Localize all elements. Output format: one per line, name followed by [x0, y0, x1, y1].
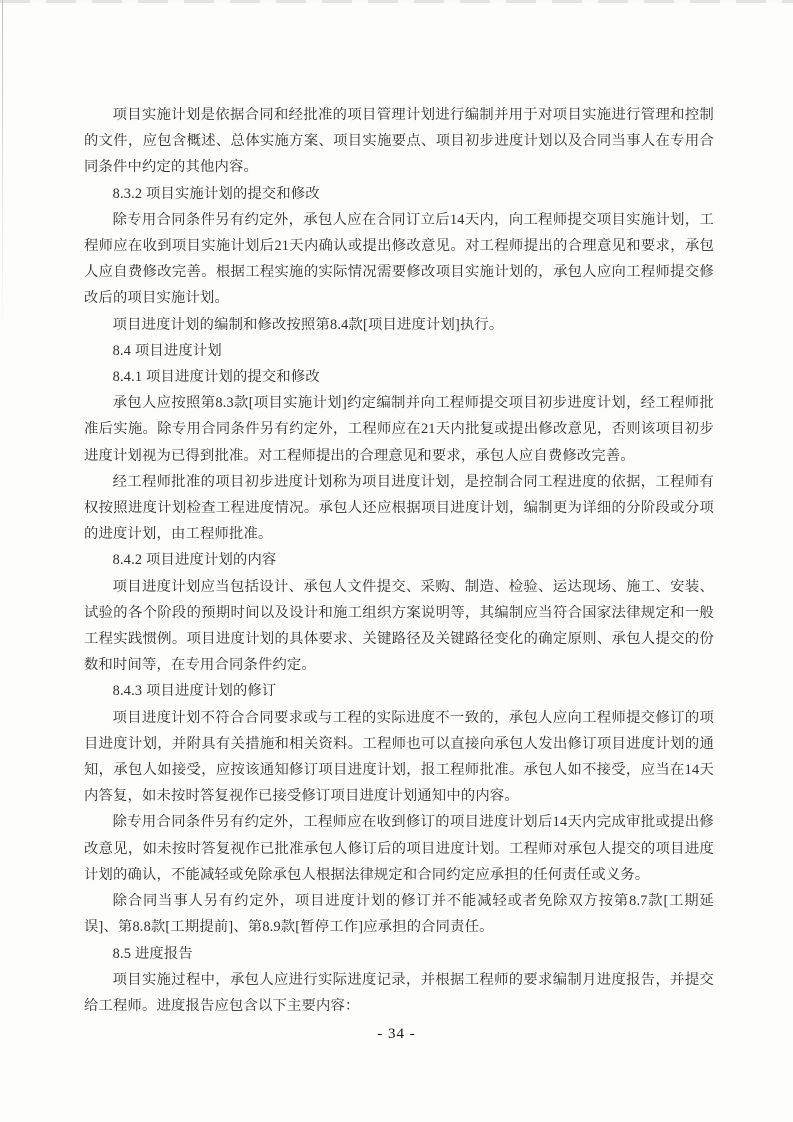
paragraph: 项目实施计划是依据合同和经批准的项目管理计划进行编制并用于对项目实施进行管理和控…: [84, 102, 714, 181]
section-heading: 8.4.1 项目进度计划的提交和修改: [84, 364, 714, 390]
scan-artifact-left-edge: [2, 0, 3, 330]
page-number: - 34 -: [0, 1026, 793, 1043]
paragraph: 承包人应按照第8.3款[项目实施计划]约定编制并向工程师提交项目初步进度计划，经…: [84, 390, 714, 469]
paragraph: 除专用合同条件另有约定外，工程师应在收到修订的项目进度计划后14天内完成审批或提…: [84, 809, 714, 888]
scanned-document-page: 项目实施计划是依据合同和经批准的项目管理计划进行编制并用于对项目实施进行管理和控…: [0, 0, 793, 1122]
paragraph: 项目进度计划的编制和修改按照第8.4款[项目进度计划]执行。: [84, 312, 714, 338]
section-heading: 8.5 进度报告: [84, 941, 714, 967]
document-body: 项目实施计划是依据合同和经批准的项目管理计划进行编制并用于对项目实施进行管理和控…: [84, 102, 714, 1019]
scan-artifact-top-edge: [0, 0, 793, 3]
section-heading: 8.4 项目进度计划: [84, 338, 714, 364]
section-heading: 8.3.2 项目实施计划的提交和修改: [84, 181, 714, 207]
paragraph: 除专用合同条件另有约定外，承包人应在合同订立后14天内，向工程师提交项目实施计划…: [84, 207, 714, 312]
paragraph: 项目进度计划不符合合同要求或与工程的实际进度不一致的，承包人应向工程师提交修订的…: [84, 705, 714, 810]
paragraph: 经工程师批准的项目初步进度计划称为项目进度计划，是控制合同工程进度的依据，工程师…: [84, 469, 714, 548]
paragraph: 项目进度计划应当包括设计、承包人文件提交、采购、制造、检验、运达现场、施工、安装…: [84, 574, 714, 679]
paragraph: 除合同当事人另有约定外，项目进度计划的修订并不能减轻或者免除双方按第8.7款[工…: [84, 888, 714, 940]
paragraph: 项目实施过程中，承包人应进行实际进度记录，并根据工程师的要求编制月进度报告，并提…: [84, 967, 714, 1019]
section-heading: 8.4.2 项目进度计划的内容: [84, 547, 714, 573]
section-heading: 8.4.3 项目进度计划的修订: [84, 678, 714, 704]
